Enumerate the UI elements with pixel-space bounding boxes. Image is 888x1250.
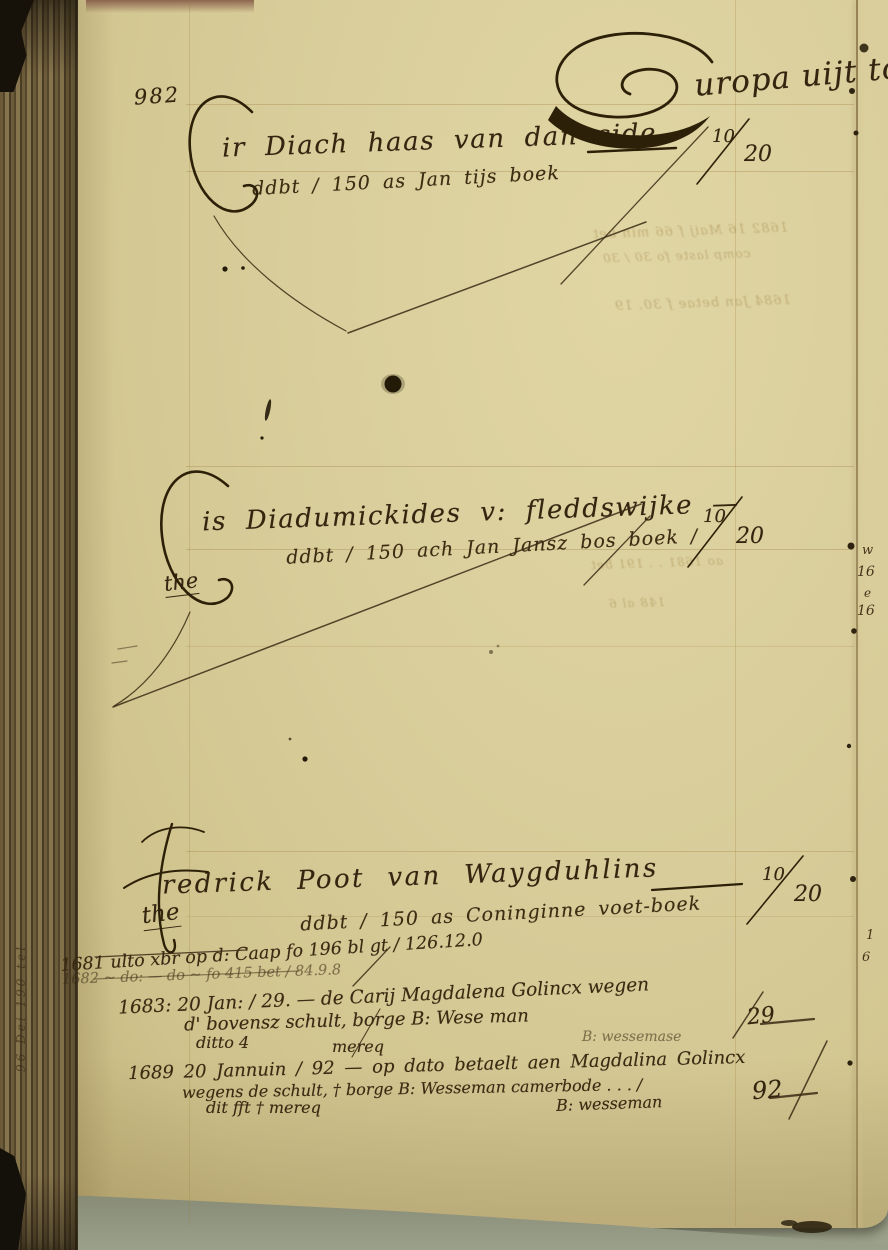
ledger-amount-92: 92	[751, 1075, 784, 1106]
ledger-signature-2: B: wesseman	[556, 1092, 663, 1115]
page-number: 982	[133, 82, 181, 109]
entry-2-amount-top: 10	[703, 506, 726, 527]
edge-fragment: e	[864, 586, 871, 600]
entry-1-amount-bottom: 20	[744, 142, 772, 167]
bleedthrough-text: 148 al 6	[608, 595, 666, 611]
ruled-line	[186, 466, 854, 467]
column-rule	[735, 0, 736, 1226]
entry-2-amount-bottom: 20	[736, 524, 764, 549]
edge-fragment: w	[862, 543, 873, 558]
ledger-line-ditto: ditto 4	[196, 1033, 249, 1052]
ruled-line	[186, 851, 854, 852]
manuscript-scan: 96 Dei 190 tel 1682 16 Maij f 66 min bet…	[0, 0, 888, 1250]
edge-fragment: 16	[857, 603, 875, 619]
page-top-edge	[86, 0, 254, 13]
edge-fragment: 1	[866, 928, 874, 943]
entry-1-amount-top: 10	[712, 126, 735, 147]
ruled-line	[186, 646, 854, 647]
entry-2-margin-note: the	[163, 568, 200, 598]
book-spine	[0, 0, 78, 1250]
entry-3-amount-bottom: 20	[794, 882, 822, 907]
ledger-line-ditfft: dit fft † mereq	[206, 1098, 321, 1117]
ruled-line	[186, 104, 854, 105]
ledger-signature-1: B: wessemase	[582, 1029, 681, 1045]
margin-rule	[189, 0, 190, 1226]
spine-edge-writing: 96 Dei 190 tel	[14, 632, 28, 1072]
edge-fragment: 6	[862, 950, 870, 965]
ledger-amount-29: 29	[746, 1003, 776, 1031]
entry-3-amount-top: 10	[762, 864, 785, 885]
edge-fragment: 16	[857, 564, 875, 580]
ledger-line-mereq: mereq	[332, 1037, 384, 1056]
entry-3-margin-note: the	[140, 899, 181, 931]
